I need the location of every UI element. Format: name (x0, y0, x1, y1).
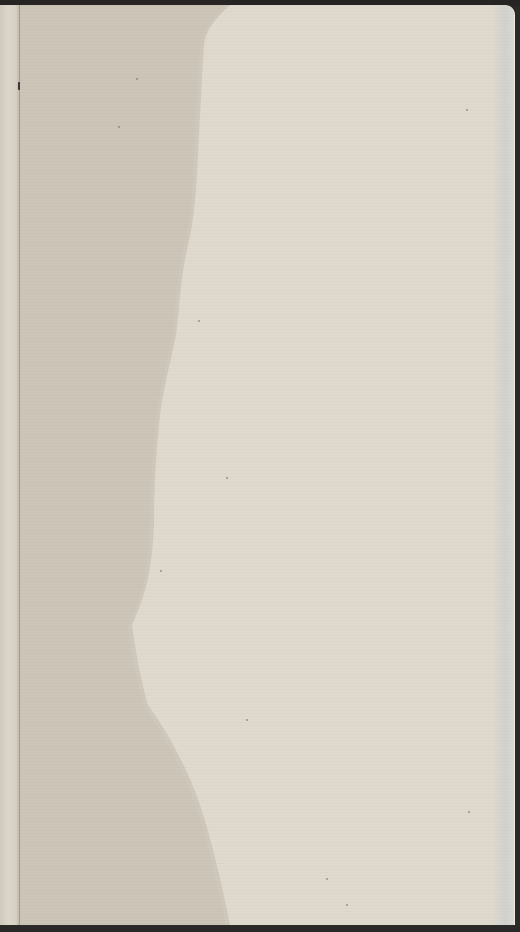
paper-speck (468, 811, 470, 813)
paper-speck (346, 904, 348, 906)
paper-speck (118, 126, 120, 128)
previous-page-edge (0, 5, 21, 925)
blank-page (20, 5, 514, 925)
page-edge-tint (492, 5, 514, 925)
paper-speck (160, 570, 162, 572)
paper-speck (466, 109, 468, 111)
paper-speck (246, 719, 248, 721)
paper-speck (198, 320, 200, 322)
paper-speck (326, 878, 328, 880)
scanned-page-view (0, 0, 520, 932)
paper-speck (226, 477, 228, 479)
paper-texture (20, 5, 514, 925)
paper-speck (136, 78, 138, 80)
scanner-bed-bottom (0, 926, 520, 932)
